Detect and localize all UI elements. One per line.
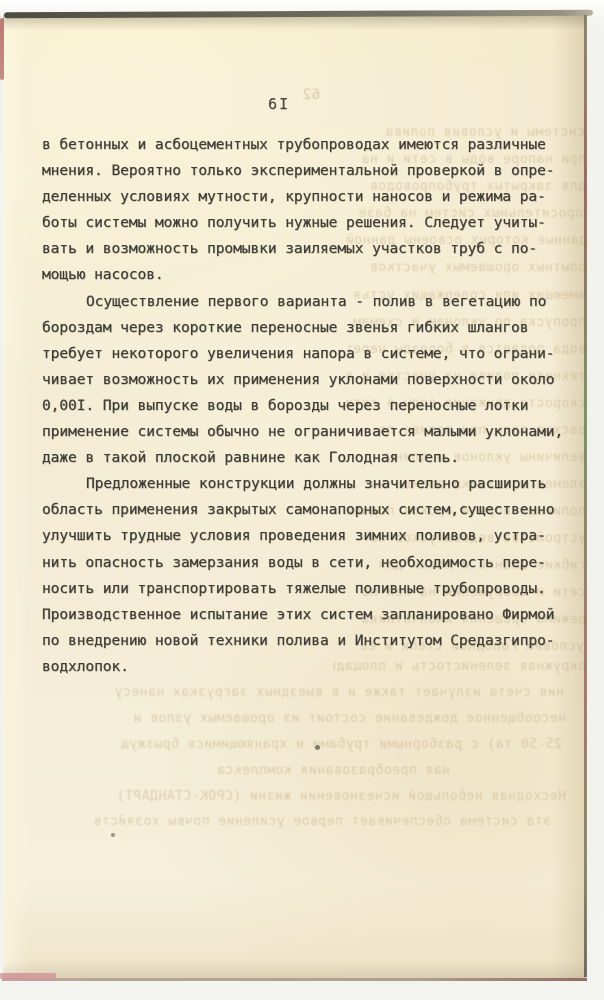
typed-line: носить или транспортировать тяжелые поли…	[42, 576, 574, 602]
typed-line: Предложенные конструкции должны значител…	[42, 471, 574, 497]
typed-line: по внедрению новой техники полива и Инст…	[42, 628, 574, 654]
bleedthrough-line: ния счета излучает также и в выездных за…	[46, 684, 564, 701]
typed-line: требует некоторого увеличения напора в с…	[42, 341, 574, 367]
typed-line: 0,00I. При выпуске воды в борозды через …	[42, 393, 574, 419]
left-edge-color-artifact	[0, 18, 4, 80]
typed-text-block: в бетонных и асбоцементных трубопроводах…	[42, 132, 574, 680]
ink-speck	[111, 833, 115, 837]
typed-line: боты системы можно получить нужные решен…	[42, 210, 574, 236]
typed-line: улучшить трудные условия проведения зимн…	[42, 523, 574, 549]
typed-line: вать и возможность промывки заиляемых уч…	[42, 236, 574, 262]
bleedthrough-line: эта система обеспечивает первое усиление…	[46, 813, 551, 830]
typed-line: мнения. Вероятно только экспериментально…	[42, 158, 574, 184]
bleedthrough-line: ная преобразования комплекса	[120, 762, 450, 779]
typed-line: применение системы обычно не ограничивае…	[42, 419, 574, 445]
typed-line: нить опасность замерзания воды в сети, н…	[42, 550, 574, 576]
typed-line: Производственное испытание этих систем з…	[42, 602, 574, 628]
page-number: 6I	[268, 95, 290, 113]
scanned-document-page: 62системы и условия поливапри напоре вод…	[0, 0, 604, 1000]
typed-line: мощью насосов.	[42, 262, 574, 288]
bleedthrough-line: несообщенное дождевание состоит из ороша…	[46, 710, 566, 727]
bleedthrough-line: Несходная небольшой исчезновении жизни (…	[46, 788, 566, 805]
typed-line: чивает возможность их применения уклонам…	[42, 367, 574, 393]
typed-line: водхлопок.	[42, 654, 574, 680]
typed-line: деленных условиях мутности, крупности на…	[42, 184, 574, 210]
typed-line: область применения закрытых самонапорных…	[42, 497, 574, 523]
right-edge-color-artifact	[584, 15, 587, 977]
bleedthrough-line: 62	[292, 87, 320, 104]
bleedthrough-line: 25-50 та) с разборными трубами и храняющ…	[46, 736, 562, 753]
ink-speck	[315, 745, 320, 750]
typed-line: Осуществление первого варианта - полив в…	[42, 289, 574, 315]
bottom-edge-line	[2, 978, 587, 981]
typed-line: бороздам через короткие переносные звень…	[42, 315, 574, 341]
typed-line: даже в такой плоской равнине как Голодна…	[42, 445, 574, 471]
bottom-left-color-artifact	[0, 973, 56, 979]
typed-line: в бетонных и асбоцементных трубопроводах…	[42, 132, 574, 158]
